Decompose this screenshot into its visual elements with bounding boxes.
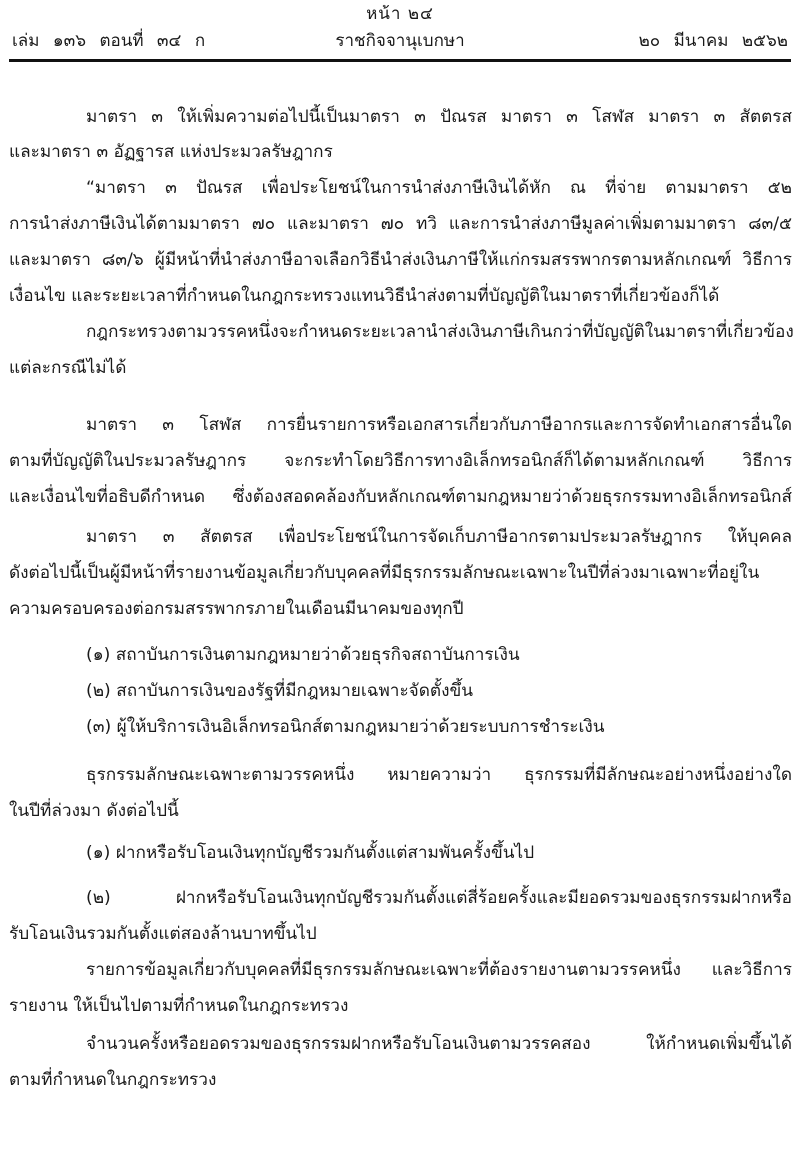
body-line: กฎกระทรวงตามวรรคหนึ่งจะกำหนดระยะเวลานำส่…	[86, 317, 792, 347]
body-line: ตามที่กำหนดในกฎกระทรวง	[9, 1065, 792, 1095]
body-line: รายงาน ให้เป็นไปตามที่กำหนดในกฎกระทรวง	[9, 991, 792, 1021]
body-line: มาตรา ๓ ให้เพิ่มความต่อไปนี้เป็นมาตรา ๓ …	[86, 102, 792, 132]
body-line: รับโอนเงินรวมกันตั้งแต่สองล้านบาทขึ้นไป	[9, 919, 792, 949]
body-line: ความครอบครองต่อกรมสรรพากรภายในเดือนมีนาค…	[9, 594, 792, 624]
body-line: มาตรา ๓ สัตตรส เพื่อประโยชน์ในการจัดเก็บ…	[86, 522, 792, 552]
list-item: (๒) สถาบันการเงินของรัฐที่มีกฎหมายเฉพาะจ…	[86, 676, 792, 706]
body-line: เงื่อนไข และระยะเวลาที่กำหนดในกฎกระทรวงแ…	[9, 281, 792, 311]
body-line: ตามที่บัญญัติในประมวลรัษฎากร จะกระทำโดยว…	[9, 446, 792, 476]
list-item: (๑) สถาบันการเงินตามกฎหมายว่าด้วยธุรกิจส…	[86, 640, 792, 670]
body-line: และมาตรา ๘๓/๖ ผู้มีหน้าที่นำส่งภาษีอาจเล…	[9, 245, 792, 275]
body-line: “มาตรา ๓ ปัณรส เพื่อประโยชน์ในการนำส่งภา…	[86, 173, 792, 203]
list-item: (๓) ผู้ให้บริการเงินอิเล็กทรอนิกส์ตามกฎห…	[86, 712, 792, 742]
body-line: ดังต่อไปนี้เป็นผู้มีหน้าที่รายงานข้อมูลเ…	[9, 558, 792, 588]
body-line: รายการข้อมูลเกี่ยวกับบุคคลที่มีธุรกรรมลั…	[86, 955, 792, 985]
header-rule	[9, 59, 791, 62]
list-item: (๑) ฝากหรือรับโอนเงินทุกบัญชีรวมกันตั้งแ…	[86, 838, 792, 868]
body-line: และเงื่อนไขที่อธิบดีกำหนด ซึ่งต้องสอดคล้…	[9, 482, 792, 512]
body-line: การนำส่งภาษีเงินได้ตามมาตรา ๗๐ และมาตรา …	[9, 209, 792, 239]
body-line: แต่ละกรณีไม่ได้	[9, 353, 792, 383]
body-line: ธุรกรรมลักษณะเฉพาะตามวรรคหนึ่ง หมายความว…	[86, 760, 792, 790]
body-line: และมาตรา ๓ อัฏฐารส แห่งประมวลรัษฎากร	[9, 137, 792, 167]
body-line: มาตรา ๓ โสฬส การยื่นรายการหรือเอกสารเกี่…	[86, 410, 792, 440]
body-line: จำนวนครั้งหรือยอดรวมของธุรกรรมฝากหรือรับ…	[86, 1029, 792, 1059]
body-line: ในปีที่ล่วงมา ดังต่อไปนี้	[9, 796, 792, 826]
gazette-header: เล่ม ๑๓๖ ตอนที่ ๓๔ ก ราชกิจจานุเบกษา ๒๐ …	[8, 28, 792, 54]
publication-date: ๒๐ มีนาคม ๒๕๖๒	[639, 28, 788, 54]
list-item: (๒) ฝากหรือรับโอนเงินทุกบัญชีรวมกันตั้งแ…	[86, 883, 792, 913]
page-number: หน้า ๒๔	[0, 2, 800, 26]
